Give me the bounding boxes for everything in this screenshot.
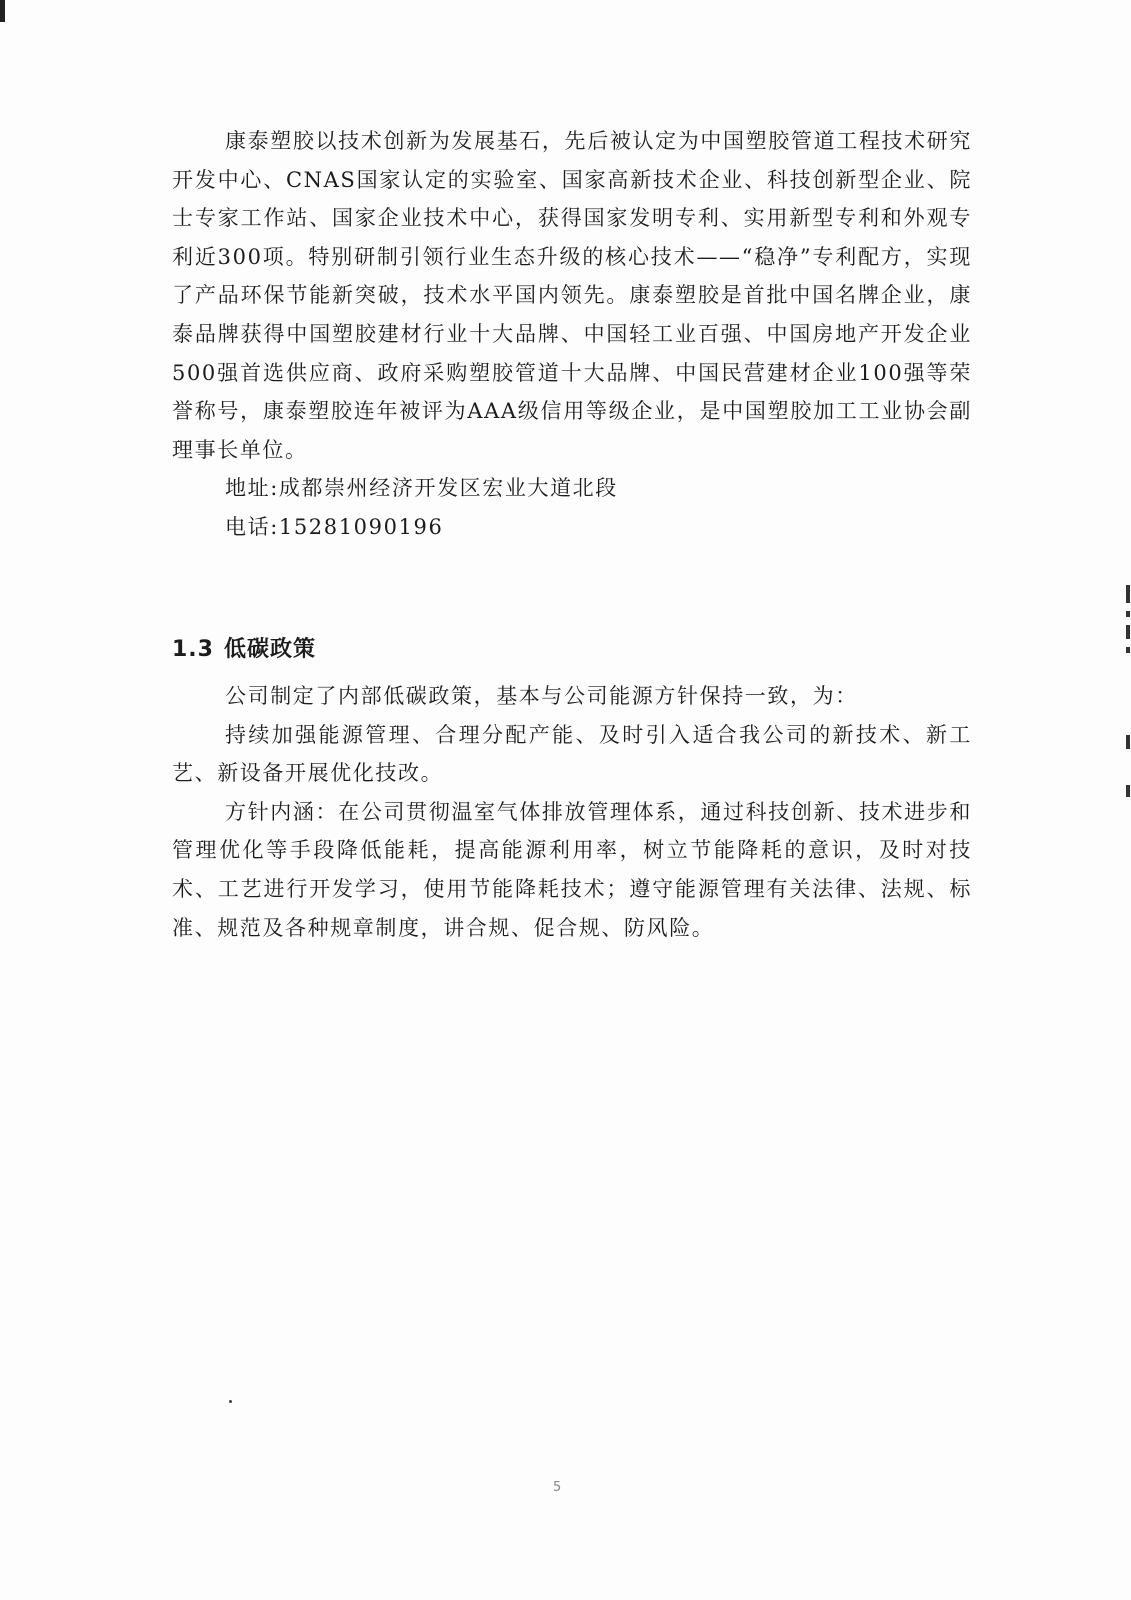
scan-binding-marks: [1125, 585, 1131, 805]
company-phone: 电话:15281090196: [172, 508, 972, 547]
company-intro: 康泰塑胶以技术创新为发展基石，先后被认定为中国塑胶管道工程技术研究开发中心、CN…: [172, 122, 972, 547]
intro-paragraph: 康泰塑胶以技术创新为发展基石，先后被认定为中国塑胶管道工程技术研究开发中心、CN…: [172, 122, 972, 469]
section-number: 1.3: [172, 637, 214, 662]
policy-paragraph: 公司制定了内部低碳政策，基本与公司能源方针保持一致，为：: [172, 677, 972, 716]
policy-paragraph: 方针内涵：在公司贯彻温室气体排放管理体系，通过科技创新、技术进步和管理优化等手段…: [172, 793, 972, 947]
policy-paragraph: 持续加强能源管理、合理分配产能、及时引入适合我公司的新技术、新工艺、新设备开展优…: [172, 716, 972, 793]
scan-edge-mark: [0, 0, 5, 22]
section-heading: 1.3低碳政策: [172, 632, 316, 663]
scan-speck: [229, 1400, 232, 1403]
section-title: 低碳政策: [224, 637, 316, 662]
low-carbon-policy: 公司制定了内部低碳政策，基本与公司能源方针保持一致，为： 持续加强能源管理、合理…: [172, 677, 972, 947]
page-number: 5: [553, 1480, 561, 1495]
company-address: 地址:成都崇州经济开发区宏业大道北段: [172, 469, 972, 508]
